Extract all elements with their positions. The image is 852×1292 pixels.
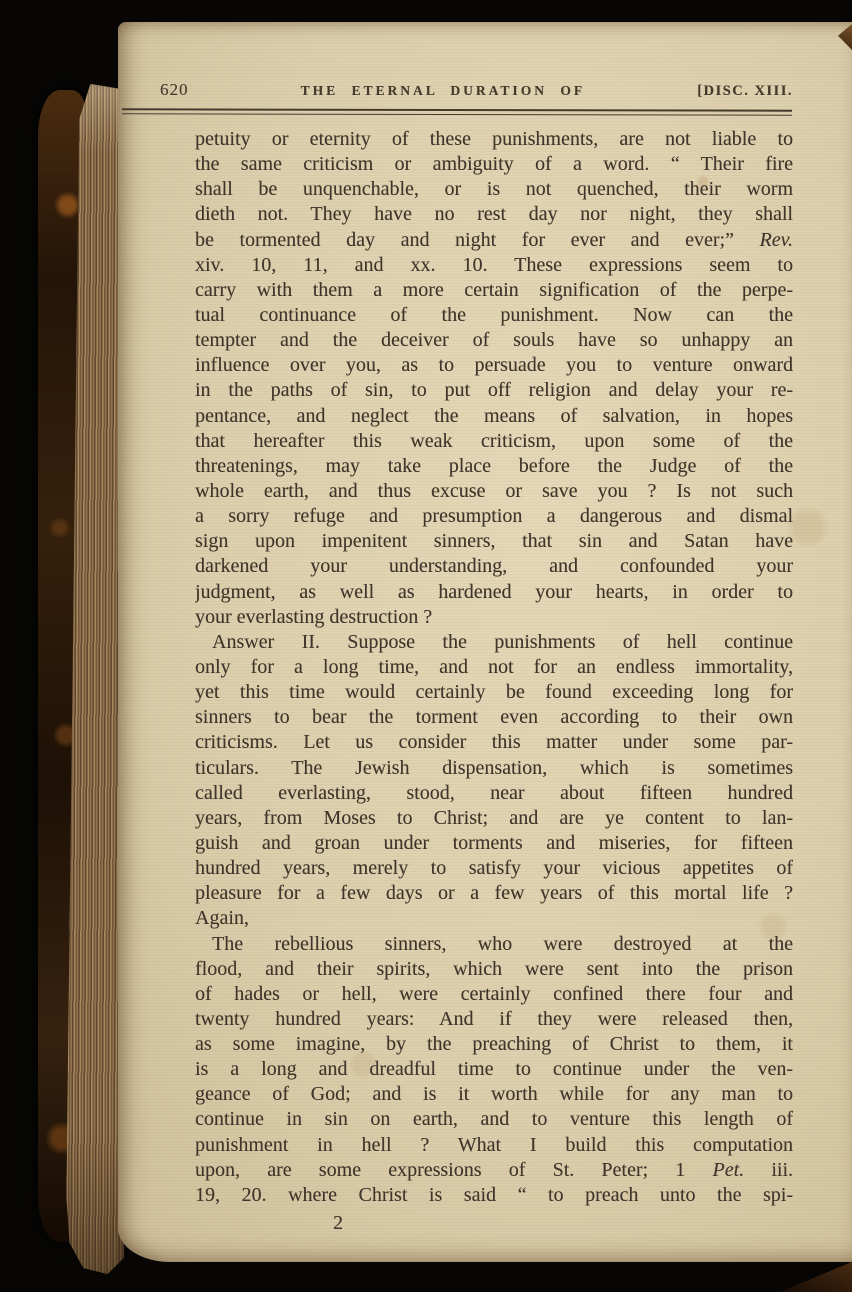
body-line: pentance, and neglect the means of salva… xyxy=(195,404,793,429)
body-line: geance of God; and is it worth while for… xyxy=(195,1082,793,1107)
body-line: as some imagine, by the preaching of Chr… xyxy=(195,1032,793,1057)
body-line: tual continuance of the punishment. Now … xyxy=(195,303,793,328)
body-line: in the paths of sin, to put off religion… xyxy=(195,378,793,403)
body-line: guish and groan under torments and miser… xyxy=(195,831,793,856)
page-text-block: 620 THE ETERNAL DURATION OF [DISC. XIII.… xyxy=(195,80,793,1235)
body-line: sinners to bear the torment even accordi… xyxy=(195,705,793,730)
body-line: years, from Moses to Christ; and are ye … xyxy=(195,806,793,831)
body-line: threatenings, may take place before the … xyxy=(195,454,793,479)
body-line: petuity or eternity of these punishments… xyxy=(195,127,793,152)
signature-mark: 2 xyxy=(333,1212,343,1234)
body-line: criticisms. Let us consider this matter … xyxy=(195,730,793,755)
header-rule xyxy=(122,108,792,115)
section-marker: [DISC. XIII. xyxy=(697,81,793,101)
adjacent-page-corner-bottom xyxy=(780,1260,852,1292)
body-line: influence over you, as to persuade you t… xyxy=(195,353,793,378)
body-line: 19, 20. where Christ is said “ to preach… xyxy=(195,1183,793,1208)
body-line: carry with them a more certain significa… xyxy=(195,278,793,303)
body-line: whole earth, and thus excuse or save you… xyxy=(195,479,793,504)
page-header: 620 THE ETERNAL DURATION OF [DISC. XIII. xyxy=(160,80,793,101)
body-line: only for a long time, and not for an end… xyxy=(195,655,793,680)
body-line: tempter and the deceiver of souls have s… xyxy=(195,328,793,353)
body-line: ticulars. The Jewish dispensation, which… xyxy=(195,756,793,781)
body-line: of hades or hell, were certainly confine… xyxy=(195,982,793,1007)
body-line: The rebellious sinners, who were destroy… xyxy=(195,932,793,957)
body-line: shall be unquenchable, or is not quenche… xyxy=(195,177,793,202)
body-line: continue in sin on earth, and to venture… xyxy=(195,1107,793,1132)
body-line: your everlasting destruction ? xyxy=(195,605,793,630)
body-line: twenty hundred years: And if they were r… xyxy=(195,1007,793,1032)
page-number: 620 xyxy=(160,80,189,100)
body-line: Again, xyxy=(195,906,793,931)
book-page: 620 THE ETERNAL DURATION OF [DISC. XIII.… xyxy=(118,22,852,1262)
body-line: called everlasting, stood, near about fi… xyxy=(195,781,793,806)
body-line: upon, are some expressions of St. Peter;… xyxy=(195,1158,793,1183)
body-line: the same criticism or ambiguity of a wor… xyxy=(195,152,793,177)
body-line: dieth not. They have no rest day nor nig… xyxy=(195,202,793,227)
page-body: petuity or eternity of these punishments… xyxy=(195,127,793,1208)
body-line: is a long and dreadful time to continue … xyxy=(195,1057,793,1082)
body-line: pleasure for a few days or a few years o… xyxy=(195,881,793,906)
body-line: Answer II. Suppose the punishments of he… xyxy=(195,630,793,655)
body-line: darkened your understanding, and confoun… xyxy=(195,554,793,579)
body-line: be tormented day and night for ever and … xyxy=(195,228,793,253)
body-line: sign upon impenitent sinners, that sin a… xyxy=(195,529,793,554)
body-line: xiv. 10, 11, and xx. 10. These expressio… xyxy=(195,253,793,278)
book-photo: { "colors": { "background": "#070605", "… xyxy=(0,0,852,1292)
running-title: THE ETERNAL DURATION OF xyxy=(301,81,585,101)
body-line: judgment, as well as hardened your heart… xyxy=(195,580,793,605)
body-line: hundred years, merely to satisfy your vi… xyxy=(195,856,793,881)
page-footer: 2 xyxy=(195,1211,793,1235)
body-line: that hereafter this weak criticism, upon… xyxy=(195,429,793,454)
body-line: yet this time would certainly be found e… xyxy=(195,680,793,705)
body-line: flood, and their spirits, which were sen… xyxy=(195,957,793,982)
body-line: punishment in hell ? What I build this c… xyxy=(195,1133,793,1158)
body-line: a sorry refuge and presumption a dangero… xyxy=(195,504,793,529)
